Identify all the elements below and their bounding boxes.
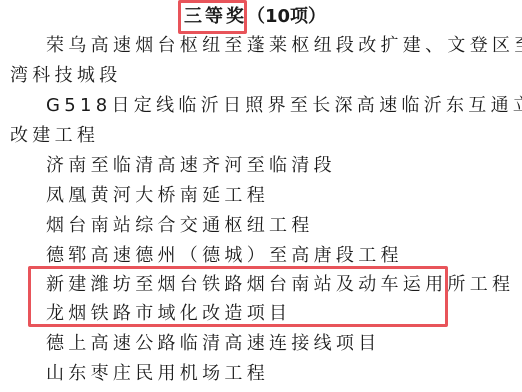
list-item-8: 龙烟铁路市域化改造项目 — [46, 302, 291, 326]
list-item-7: 新建潍坊至烟台铁路烟台南站及动车运用所工程 — [46, 273, 514, 297]
list-item-2-line-2: 改建工程 — [10, 124, 99, 148]
list-item-6: 德郓高速德州（德城）至高唐段工程 — [46, 244, 403, 268]
list-item-3: 济南至临清高速齐河至临清段 — [46, 154, 336, 178]
list-item-1-line-2: 湾科技城段 — [10, 64, 122, 88]
list-item-2-line-1: G518日定线临沂日照界至长深高速临沂东互通立交段 — [46, 94, 522, 118]
list-item-1-line-1: 荣乌高速烟台枢纽至蓬莱枢纽段改扩建、文登区至双岛 — [46, 34, 522, 58]
highlight-box-title — [178, 0, 247, 34]
award-count: （10项） — [247, 6, 326, 27]
list-item-5: 烟台南站综合交通枢纽工程 — [46, 214, 314, 238]
list-item-9: 德上高速公路临清高速连接线项目 — [46, 332, 381, 356]
list-item-10: 山东枣庄民用机场工程 — [46, 362, 269, 386]
list-item-4: 凤凰黄河大桥南延工程 — [46, 184, 269, 208]
